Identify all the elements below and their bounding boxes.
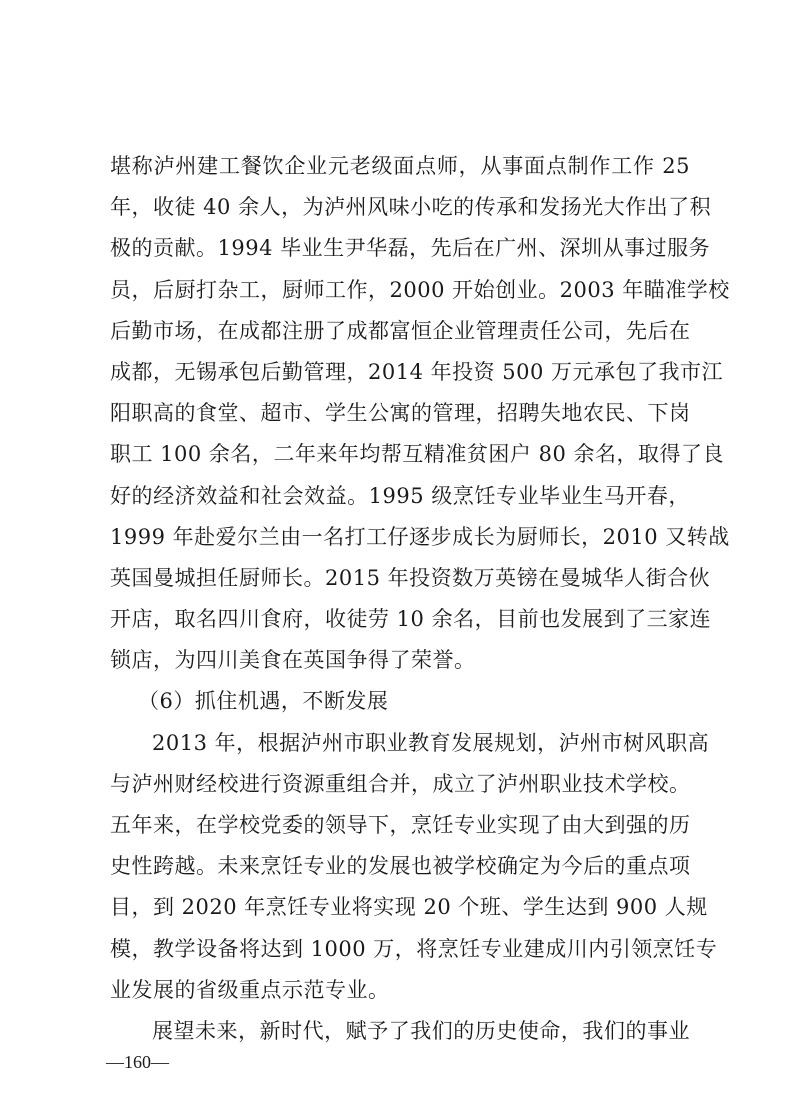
- text-line: 堪称泸州建工餐饮企业元老级面点师，从事面点制作工作 25: [110, 146, 690, 187]
- text-line: 开店，取名四川食府，收徒劳 10 余名，目前也发展到了三家连: [110, 599, 690, 640]
- text-line: 史性跨越。未来烹饪专业的发展也被学校确定为今后的重点项: [110, 846, 690, 887]
- text-line: 好的经济效益和社会效益。1995 级烹饪专业毕业生马开春，: [110, 476, 690, 517]
- text-line: 成都，无锡承包后勤管理，2014 年投资 500 万元承包了我市江: [110, 352, 690, 393]
- paragraph-alumni-achievements: 堪称泸州建工餐饮企业元老级面点师，从事面点制作工作 25 年，收徒 40 余人，…: [110, 146, 690, 681]
- document-page: 堪称泸州建工餐饮企业元老级面点师，从事面点制作工作 25 年，收徒 40 余人，…: [110, 146, 690, 1052]
- heading-text: （6）抓住机遇，不断发展: [110, 681, 690, 722]
- text-line: 职工 100 余名，二年来年均帮互精准贫困户 80 余名，取得了良: [110, 434, 690, 475]
- text-line: 后勤市场，在成都注册了成都富恒企业管理责任公司，先后在: [110, 311, 690, 352]
- text-line: 极的贡献。1994 毕业生尹华磊，先后在广州、深圳从事过服务: [110, 228, 690, 269]
- text-line: 锁店，为四川美食在英国争得了荣誉。: [110, 640, 690, 681]
- text-line: 阳职高的食堂、超市、学生公寓的管理，招聘失地农民、下岗: [110, 393, 690, 434]
- paragraph-outlook: 展望未来，新时代，赋予了我们的历史使命，我们的事业: [110, 1011, 690, 1052]
- text-line: 模，教学设备将达到 1000 万，将烹饪专业建成川内引领烹饪专: [110, 929, 690, 970]
- page-number: —160—: [106, 1052, 169, 1073]
- section-heading: （6）抓住机遇，不断发展: [110, 681, 690, 722]
- paragraph-development: 2013 年，根据泸州市职业教育发展规划，泸州市树风职高 与泸州财经校进行资源重…: [110, 723, 690, 1011]
- text-line: 目，到 2020 年烹饪专业将实现 20 个班、学生达到 900 人规: [110, 887, 690, 928]
- text-line: 年，收徒 40 余人，为泸州风味小吃的传承和发扬光大作出了积: [110, 187, 690, 228]
- text-line: 业发展的省级重点示范专业。: [110, 970, 690, 1011]
- text-line: 与泸州财经校进行资源重组合并，成立了泸州职业技术学校。: [110, 764, 690, 805]
- text-line: 英国曼城担任厨师长。2015 年投资数万英镑在曼城华人街合伙: [110, 558, 690, 599]
- text-line: 五年来，在学校党委的领导下，烹饪专业实现了由大到强的历: [110, 805, 690, 846]
- text-line: 展望未来，新时代，赋予了我们的历史使命，我们的事业: [110, 1011, 690, 1052]
- text-line: 员，后厨打杂工，厨师工作，2000 开始创业。2003 年瞄准学校: [110, 270, 690, 311]
- text-line: 1999 年赴爱尔兰由一名打工仔逐步成长为厨师长，2010 又转战: [110, 517, 690, 558]
- text-line: 2013 年，根据泸州市职业教育发展规划，泸州市树风职高: [110, 723, 690, 764]
